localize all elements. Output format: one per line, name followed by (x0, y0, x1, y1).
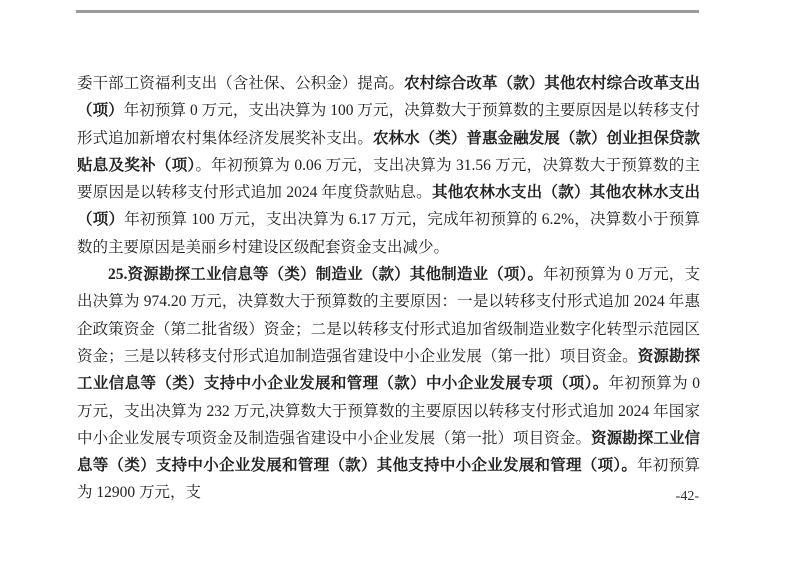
page-number: -42- (77, 488, 699, 506)
document-body: 委干部工资福利支出（含社保、公积金）提高。农村综合改革（款）其他农村综合改革支出… (77, 70, 700, 507)
text-run: 年初预算 100 万元，支出决算为 6.17 万元，完成年初预算的 6.2%，决… (77, 211, 700, 255)
paragraph: 委干部工资福利支出（含社保、公积金）提高。农村综合改革（款）其他农村综合改革支出… (77, 70, 700, 261)
page-top-rule (76, 10, 699, 13)
text-run-bold: 25.资源勘探工业信息等（类）制造业（款）其他制造业（项）。 (108, 266, 543, 283)
text-run: 委干部工资福利支出（含社保、公积金）提高。 (77, 75, 404, 92)
document-page: 委干部工资福利支出（含社保、公积金）提高。农村综合改革（款）其他农村综合改革支出… (0, 0, 800, 565)
paragraph: 25.资源勘探工业信息等（类）制造业（款）其他制造业（项）。年初预算为 0 万元… (77, 261, 700, 507)
